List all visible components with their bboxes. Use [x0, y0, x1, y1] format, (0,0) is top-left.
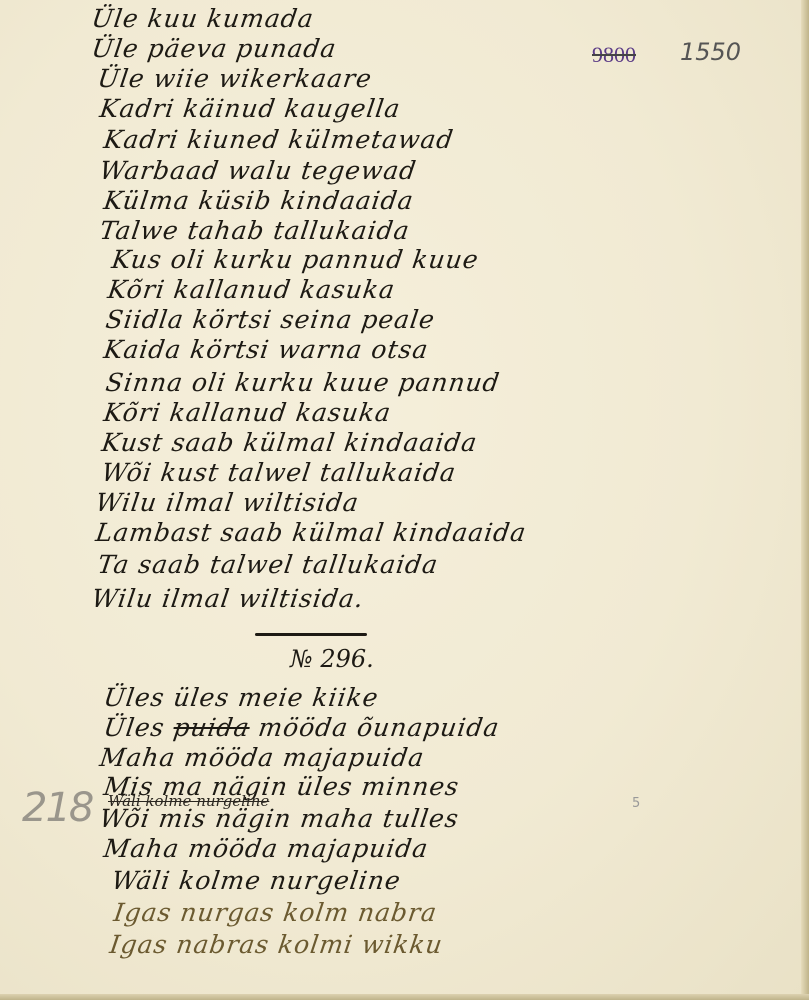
verse-line: Igas nurgas kolm nabra [112, 898, 439, 927]
margin-pencil-number: 218 [22, 785, 92, 831]
verse-line: Wõi mis nägin maha tulles [98, 804, 461, 833]
song-number-heading: № 296. [290, 645, 374, 673]
verse-line: Kust saab külmal kindaaida [100, 428, 479, 457]
verse-line: Kadri käinud kaugella [98, 94, 403, 123]
verse-line: Kõri kallanud kasuka [106, 275, 397, 304]
verse-line: Kaida körtsi warna otsa [102, 335, 431, 364]
manuscript-page: 9800 1550 Üle kuu kumada Üle päeva punad… [0, 0, 809, 1000]
verse-line: Üles üles meie kiike [102, 683, 381, 712]
verse-line: Wilu ilmal wiltisida. [90, 584, 366, 613]
verse-line: Üle päeva punada [90, 34, 339, 63]
verse-line: Talwe tahab tallukaida [98, 216, 412, 245]
verse-line: Wõi kust talwel tallukaida [100, 458, 458, 487]
verse-line: Wäli kolme nurgeline [110, 866, 403, 895]
verse-line: Üle kuu kumada [90, 4, 316, 33]
verse-line: Siidla körtsi seina peale [104, 305, 437, 334]
verse-line: Sinna oli kurku kuue pannud [104, 368, 502, 397]
section-divider [255, 633, 367, 636]
verse-line: Maha mööda majapuida [102, 834, 430, 863]
verse-text: mööda õunapuida [257, 713, 502, 742]
margin-mark: 5 [632, 796, 640, 811]
verse-line: Ta saab talwel tallukaida [96, 550, 440, 579]
verse-line: Wilu ilmal wiltisida [94, 488, 361, 517]
verse-line: Maha mööda majapuida [98, 743, 426, 772]
verse-line: Warbaad walu tegewad [98, 156, 419, 185]
verse-text: Üles [102, 713, 167, 742]
stamped-archive-number: 9800 [592, 42, 636, 68]
verse-line: Külma küsib kindaaida [102, 186, 416, 215]
verse-line: Kadri kiuned külmetawad [102, 125, 456, 154]
pencil-archive-number: 1550 [680, 38, 741, 66]
verse-line: Lambast saab külmal kindaaida [94, 518, 528, 547]
verse-line: Kus oli kurku pannud kuue [110, 245, 481, 274]
verse-line: Üles puida mööda õunapuida [102, 713, 502, 742]
verse-line: Kõri kallanud kasuka [102, 398, 393, 427]
verse-line: Igas nabras kolmi wikku [108, 930, 445, 959]
page-edge-bottom [0, 994, 809, 1000]
verse-line: Üle wiie wikerkaare [96, 64, 374, 93]
struck-word: puida [172, 713, 252, 742]
page-edge-right [801, 0, 809, 1000]
